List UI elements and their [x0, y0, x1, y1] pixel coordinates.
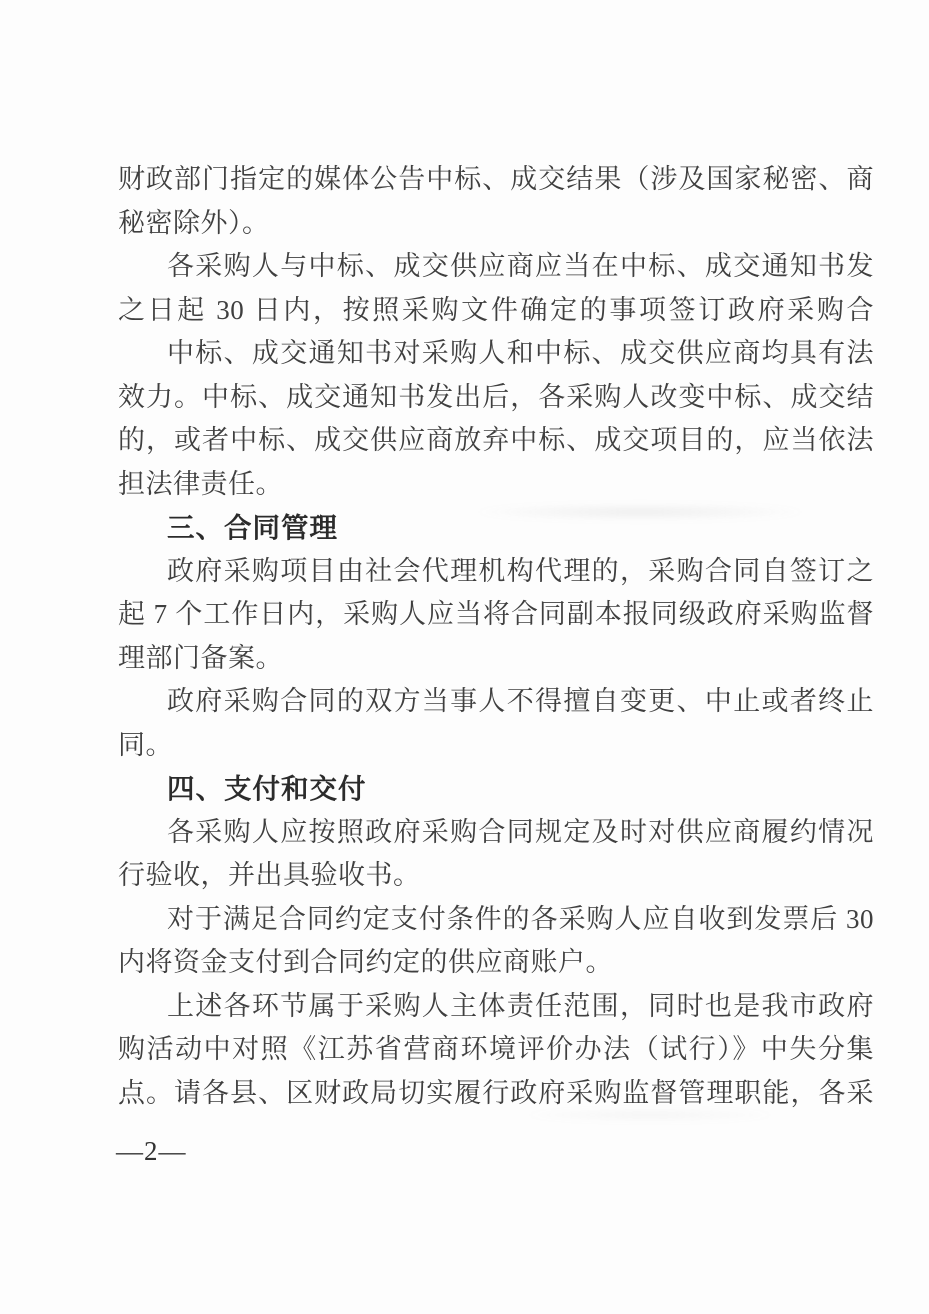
- document-body: 财政部门指定的媒体公告中标、成交结果（涉及国家秘密、商业 秘密除外）。 各采购人…: [118, 158, 874, 1115]
- document-page: 财政部门指定的媒体公告中标、成交结果（涉及国家秘密、商业 秘密除外）。 各采购人…: [0, 0, 929, 1314]
- paragraph-line: 中标、成交通知书对采购人和中标、成交供应商均具有法律: [118, 332, 874, 376]
- paragraph-line: 点。请各县、区财政局切实履行政府采购监督管理职能，各采购: [118, 1072, 874, 1116]
- paragraph-line: 效力。中标、成交通知书发出后，各采购人改变中标、成交结果: [118, 376, 874, 420]
- paragraph-line: 政府采购项目由社会代理机构代理的，采购合同自签订之日: [118, 550, 874, 594]
- paragraph-line: 的，或者中标、成交供应商放弃中标、成交项目的，应当依法承: [118, 419, 874, 463]
- paragraph-line: 担法律责任。: [118, 463, 874, 507]
- section-heading-payment-delivery: 四、支付和交付: [118, 767, 874, 811]
- paragraph-line: 各采购人与中标、成交供应商应当在中标、成交通知书发出: [118, 245, 874, 289]
- paragraph-line: 购活动中对照《江苏省营商环境评价办法（试行）》中失分集中: [118, 1028, 874, 1072]
- paragraph-line: 上述各环节属于采购人主体责任范围，同时也是我市政府采: [118, 985, 874, 1029]
- paragraph-line: 起 7 个工作日内，采购人应当将合同副本报同级政府采购监督管: [118, 593, 874, 637]
- paragraph-line: 内将资金支付到合同约定的供应商账户。: [118, 941, 874, 985]
- section-heading-contract-management: 三、合同管理: [118, 506, 874, 550]
- paragraph-line: 各采购人应按照政府采购合同规定及时对供应商履约情况进: [118, 811, 874, 855]
- paragraph-line: 对于满足合同约定支付条件的各采购人应自收到发票后 30 日: [118, 898, 874, 942]
- paragraph-line: 政府采购合同的双方当事人不得擅自变更、中止或者终止合: [118, 680, 874, 724]
- paragraph-line: 理部门备案。: [118, 637, 874, 681]
- paragraph-line: 秘密除外）。: [118, 202, 874, 246]
- paragraph-line: 行验收，并出具验收书。: [118, 854, 874, 898]
- paragraph-line: 之日起 30 日内，按照采购文件确定的事项签订政府采购合同。: [118, 289, 874, 333]
- paragraph-line: 同。: [118, 724, 874, 768]
- page-number: —2—: [116, 1136, 187, 1167]
- paragraph-line: 财政部门指定的媒体公告中标、成交结果（涉及国家秘密、商业: [118, 158, 874, 202]
